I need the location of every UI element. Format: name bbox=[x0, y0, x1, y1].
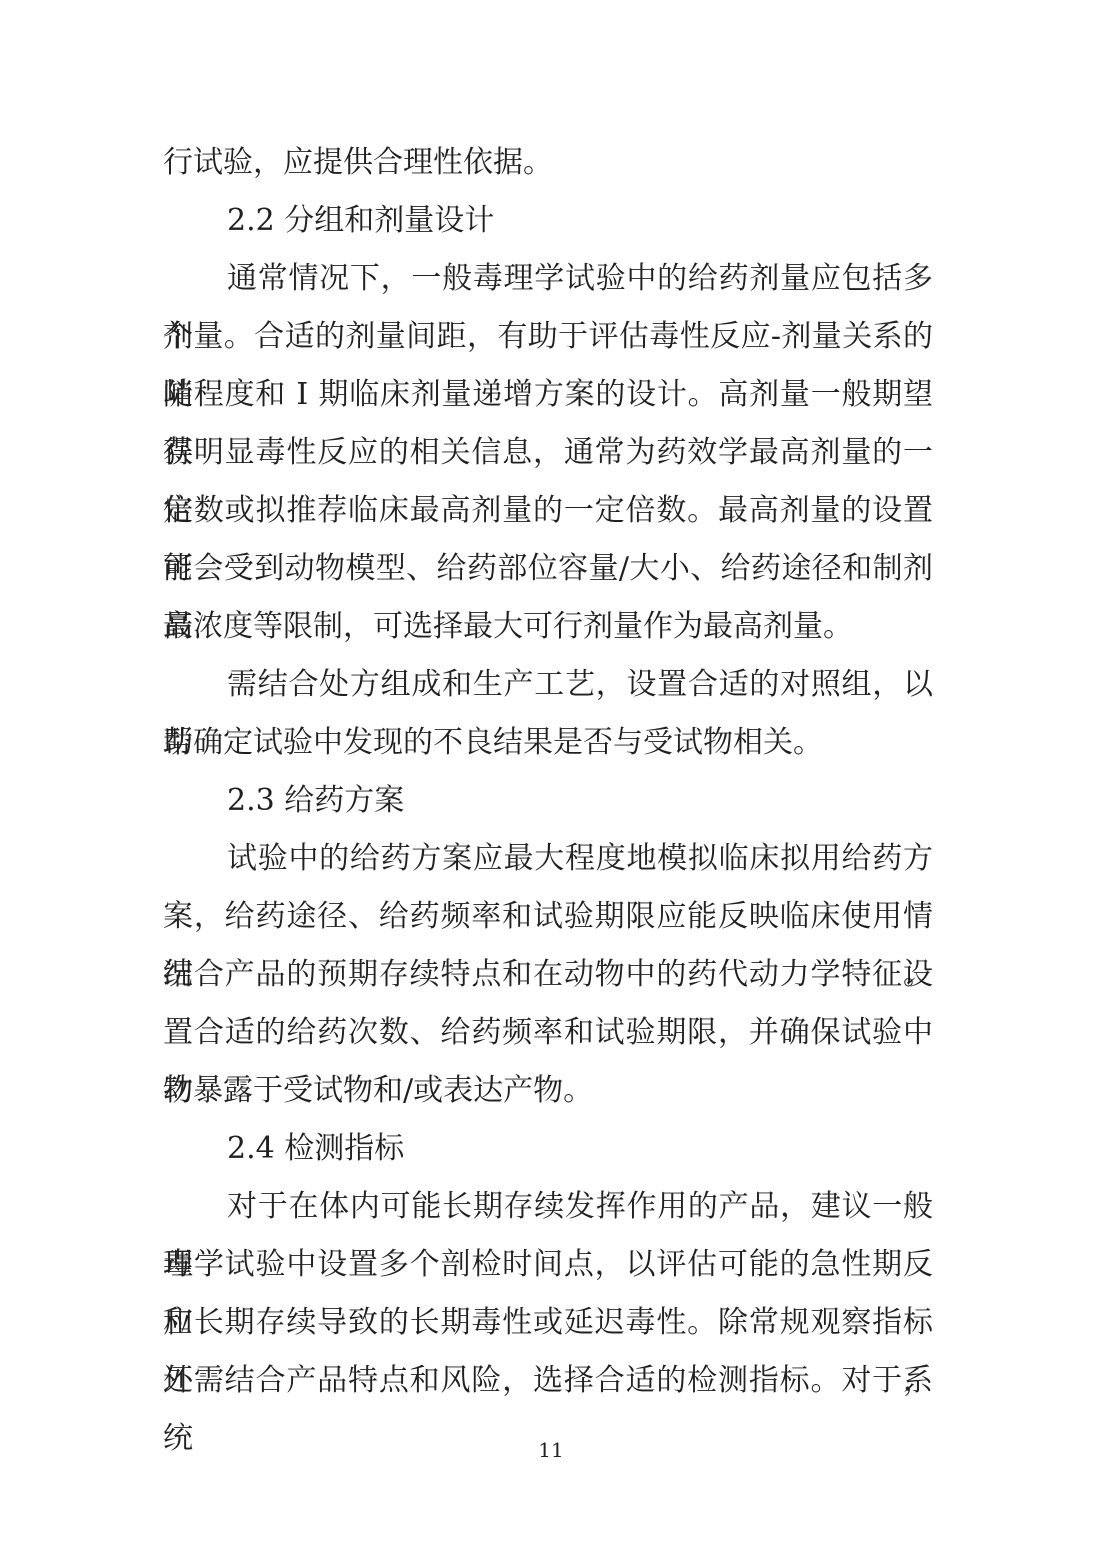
text-line: 案，给药途径、给药频率和试验期限应能反映临床使用情况。 bbox=[163, 888, 933, 946]
text-line: 理学试验中设置多个剖检时间点，以评估可能的急性期反应 bbox=[163, 1236, 933, 1294]
text-line: 助确定试验中发现的不良结果是否与受试物相关。 bbox=[163, 714, 933, 772]
text-line: 剂量。合适的剂量间距，有助于评估毒性反应-剂量关系的陡 bbox=[163, 308, 933, 366]
text-line: 物暴露于受试物和/或表达产物。 bbox=[163, 1062, 933, 1120]
text-line: 能会受到动物模型、给药部位容量/大小、给药途径和制剂最 bbox=[163, 540, 933, 598]
text-line: 和长期存续导致的长期毒性或延迟毒性。除常规观察指标外， bbox=[163, 1294, 933, 1352]
text-line: 需结合处方组成和生产工艺，设置合适的对照组，以帮 bbox=[163, 656, 933, 714]
body-text: 行试验，应提供合理性依据。2.2 分组和剂量设计通常情况下，一般毒理学试验中的给… bbox=[163, 134, 933, 1410]
text-line: 还需结合产品特点和风险，选择合适的检测指标。对于系统 bbox=[163, 1352, 933, 1410]
text-line: 行试验，应提供合理性依据。 bbox=[163, 134, 933, 192]
section-heading: 2.2 分组和剂量设计 bbox=[163, 192, 933, 250]
text-line: 置合适的给药次数、给药频率和试验期限，并确保试验中动 bbox=[163, 1004, 933, 1062]
page-number: 11 bbox=[0, 1436, 1102, 1464]
section-heading: 2.4 检测指标 bbox=[163, 1120, 933, 1178]
text-line: 倍数或拟推荐临床最高剂量的一定倍数。最高剂量的设置可 bbox=[163, 482, 933, 540]
text-line: 峭程度和 I 期临床剂量递增方案的设计。高剂量一般期望获 bbox=[163, 366, 933, 424]
document-page: 行试验，应提供合理性依据。2.2 分组和剂量设计通常情况下，一般毒理学试验中的给… bbox=[0, 0, 1102, 1559]
text-line: 试验中的给药方案应最大程度地模拟临床拟用给药方 bbox=[163, 830, 933, 888]
text-line: 得明显毒性反应的相关信息，通常为药效学最高剂量的一定 bbox=[163, 424, 933, 482]
text-line: 高浓度等限制，可选择最大可行剂量作为最高剂量。 bbox=[163, 598, 933, 656]
text-line: 结合产品的预期存续特点和在动物中的药代动力学特征设 bbox=[163, 946, 933, 1004]
text-line: 对于在体内可能长期存续发挥作用的产品，建议一般毒 bbox=[163, 1178, 933, 1236]
section-heading: 2.3 给药方案 bbox=[163, 772, 933, 830]
text-line: 通常情况下，一般毒理学试验中的给药剂量应包括多个 bbox=[163, 250, 933, 308]
